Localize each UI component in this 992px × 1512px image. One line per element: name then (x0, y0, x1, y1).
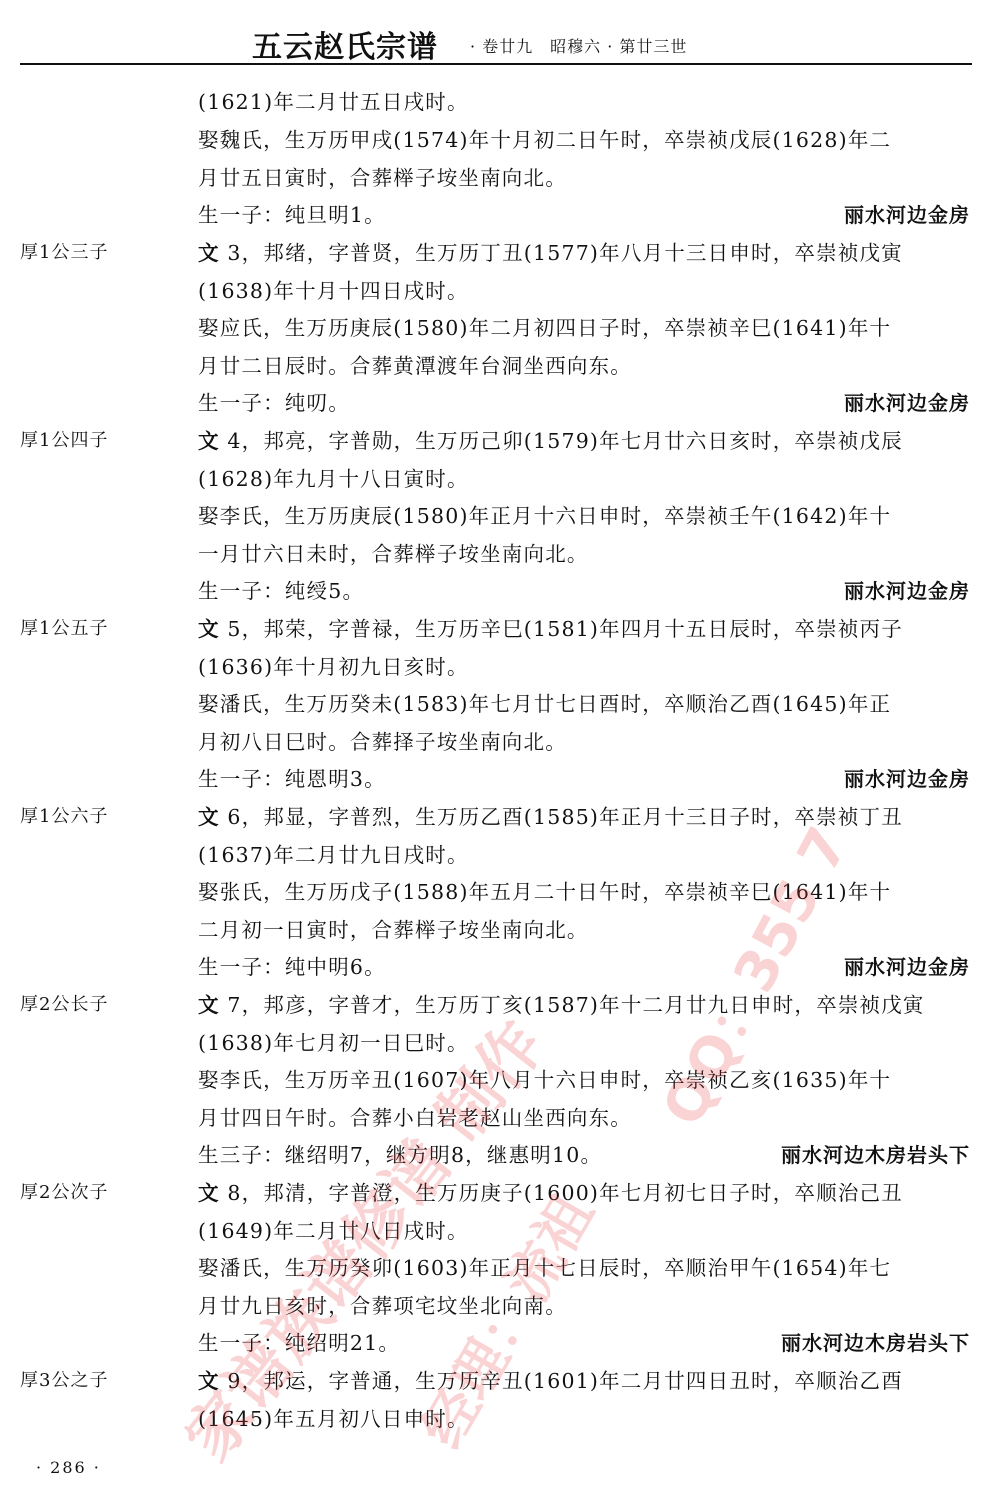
entry-text: 4，邦亮，字普勋，生万历己卯(1579)年七月廿六日亥时，卒崇祯戊辰 (227, 429, 903, 453)
generation-name-bold: 文 (198, 993, 220, 1017)
entry-heading-line: 文 3，邦绪，字普贤，生万历丁丑(1577)年八月十三日申时，卒崇祯戊寅 (198, 235, 970, 271)
generation-name-bold: 文 (198, 1369, 220, 1393)
text-line: (1628)年九月十八日寅时。 (198, 461, 970, 497)
entry-text: 9，邦运，字普通，生万历辛丑(1601)年二月廿四日丑时，卒顺治乙酉 (227, 1369, 903, 1393)
branch-label: 丽水河边木房岩头下 (781, 1325, 970, 1361)
text-line: 娶张氏，生万历戊子(1588)年五月二十日午时，卒崇祯辛巳(1641)年十 (198, 874, 970, 910)
text-line: 娶魏氏，生万历甲戌(1574)年十月初二日午时，卒崇祯戊辰(1628)年二 (198, 122, 970, 158)
branch-label: 丽水河边木房岩头下 (781, 1137, 970, 1173)
volume-subtitle: · 卷廿九 昭穆六 · 第廿三世 (470, 34, 687, 57)
text-line: 月廿二日辰时。合葬黄潭渡年台洞坐西向东。 (198, 348, 970, 384)
text-line: (1621)年二月廿五日戌时。 (198, 84, 970, 120)
text-line: 月廿九日亥时，合葬项宅坟坐北向南。 (198, 1288, 970, 1324)
text-line: (1645)年五月初八日申时。 (198, 1401, 970, 1437)
entry-heading-line: 文 5，邦荣，字普禄，生万历辛巳(1581)年四月十五日辰时，卒崇祯丙子 (198, 611, 970, 647)
entry-text: 7，邦彦，字普才，生万历丁亥(1587)年十二月廿九日申时，卒崇祯戊寅 (227, 993, 924, 1017)
entry-text: 6，邦显，字普烈，生万历乙酉(1585)年正月十三日子时，卒崇祯丁丑 (227, 805, 903, 829)
branch-label: 丽水河边金房 (844, 197, 970, 233)
page-number: · 286 · (36, 1458, 101, 1477)
entry-heading-line: 文 4，邦亮，字普勋，生万历己卯(1579)年七月廿六日亥时，卒崇祯戊辰 (198, 423, 970, 459)
text-line: 娶应氏，生万历庚辰(1580)年二月初四日子时，卒崇祯辛巳(1641)年十 (198, 310, 970, 346)
text-line: 月廿五日寅时，合葬榉子垵坐南向北。 (198, 160, 970, 196)
book-title: 五云赵氏宗谱 (252, 22, 438, 66)
text-line: 娶李氏，生万历辛丑(1607)年八月十六日申时，卒崇祯乙亥(1635)年十 (198, 1062, 970, 1098)
entry-heading-line: 文 8，邦清，字普澄，生万历庚子(1600)年七月初七日子时，卒顺治己丑 (198, 1175, 970, 1211)
text-line: (1637)年二月廿九日戌时。 (198, 837, 970, 873)
generation-name-bold: 文 (198, 241, 220, 265)
text-line: 娶李氏，生万历庚辰(1580)年正月十六日申时，卒崇祯壬午(1642)年十 (198, 498, 970, 534)
ancestor-relation-label: 厚3公之子 (20, 1363, 108, 1399)
ancestor-relation-label: 厚1公四子 (20, 423, 108, 459)
ancestor-relation-label: 厚2公次子 (20, 1175, 108, 1211)
ancestor-relation-label: 厚2公长子 (20, 987, 108, 1023)
text-line: (1638)年七月初一日巳时。 (198, 1025, 970, 1061)
generation-name-bold: 文 (198, 805, 220, 829)
text-line: (1638)年十月十四日戌时。 (198, 273, 970, 309)
entry-text: 8，邦清，字普澄，生万历庚子(1600)年七月初七日子时，卒顺治己丑 (227, 1181, 903, 1205)
text-line: 月初八日巳时。合葬择子垵坐南向北。 (198, 724, 970, 760)
generation-name-bold: 文 (198, 617, 220, 641)
branch-label: 丽水河边金房 (844, 949, 970, 985)
branch-label: 丽水河边金房 (844, 573, 970, 609)
ancestor-relation-label: 厚1公三子 (20, 235, 108, 271)
text-line: 二月初一日寅时，合葬榉子垵坐南向北。 (198, 912, 970, 948)
entry-heading-line: 文 9，邦运，字普通，生万历辛丑(1601)年二月廿四日丑时，卒顺治乙酉 (198, 1363, 970, 1399)
entry-text: 3，邦绪，字普贤，生万历丁丑(1577)年八月十三日申时，卒崇祯戊寅 (227, 241, 903, 265)
text-line: (1636)年十月初九日亥时。 (198, 649, 970, 685)
text-line: 月廿四日午时。合葬小白岩老赵山坐西向东。 (198, 1100, 970, 1136)
generation-name-bold: 文 (198, 1181, 220, 1205)
ancestor-relation-label: 厚1公五子 (20, 611, 108, 647)
entry-heading-line: 文 7，邦彦，字普才，生万历丁亥(1587)年十二月廿九日申时，卒崇祯戊寅 (198, 987, 970, 1023)
text-line: (1649)年二月廿八日戌时。 (198, 1213, 970, 1249)
ancestor-relation-label: 厚1公六子 (20, 799, 108, 835)
generation-name-bold: 文 (198, 429, 220, 453)
branch-label: 丽水河边金房 (844, 761, 970, 797)
entry-text: 5，邦荣，字普禄，生万历辛巳(1581)年四月十五日辰时，卒崇祯丙子 (227, 617, 903, 641)
text-line: 娶潘氏，生万历癸卯(1603)年正月十七日辰时，卒顺治甲午(1654)年七 (198, 1250, 970, 1286)
text-line: 一月廿六日未时，合葬榉子垵坐南向北。 (198, 536, 970, 572)
entry-heading-line: 文 6，邦显，字普烈，生万历乙酉(1585)年正月十三日子时，卒崇祯丁丑 (198, 799, 970, 835)
text-line: 娶潘氏，生万历癸未(1583)年七月廿七日酉时，卒顺治乙酉(1645)年正 (198, 686, 970, 722)
header-divider (20, 63, 972, 65)
branch-label: 丽水河边金房 (844, 385, 970, 421)
page-header: 五云赵氏宗谱 · 卷廿九 昭穆六 · 第廿三世 (0, 0, 992, 64)
